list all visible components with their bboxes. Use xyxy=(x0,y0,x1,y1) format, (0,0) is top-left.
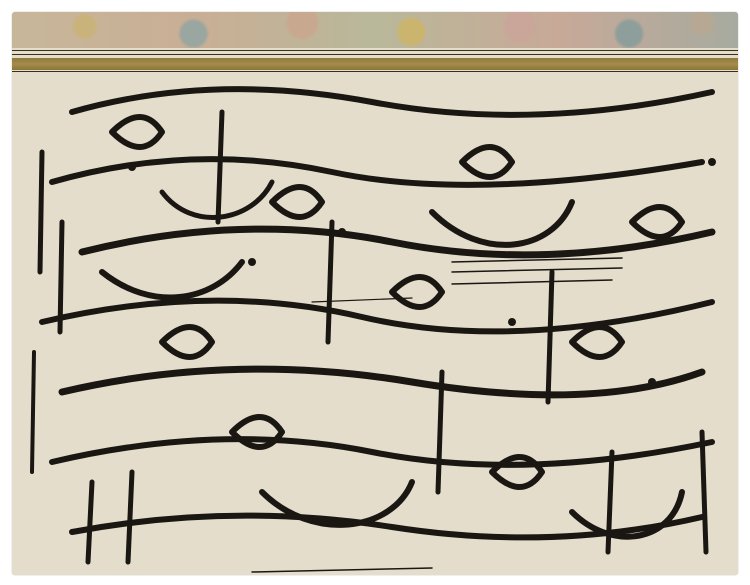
ruled-line xyxy=(12,50,738,51)
inscription-fragment: بسم الله الرحمن الرحيم xyxy=(12,574,13,575)
gold-band xyxy=(12,58,738,70)
calligraphy-sheet: بسم الله الرحمن الرحيم xyxy=(12,12,738,575)
marbled-border xyxy=(12,12,738,48)
ruled-line xyxy=(12,54,738,55)
calligraphy-strokes xyxy=(12,72,738,575)
